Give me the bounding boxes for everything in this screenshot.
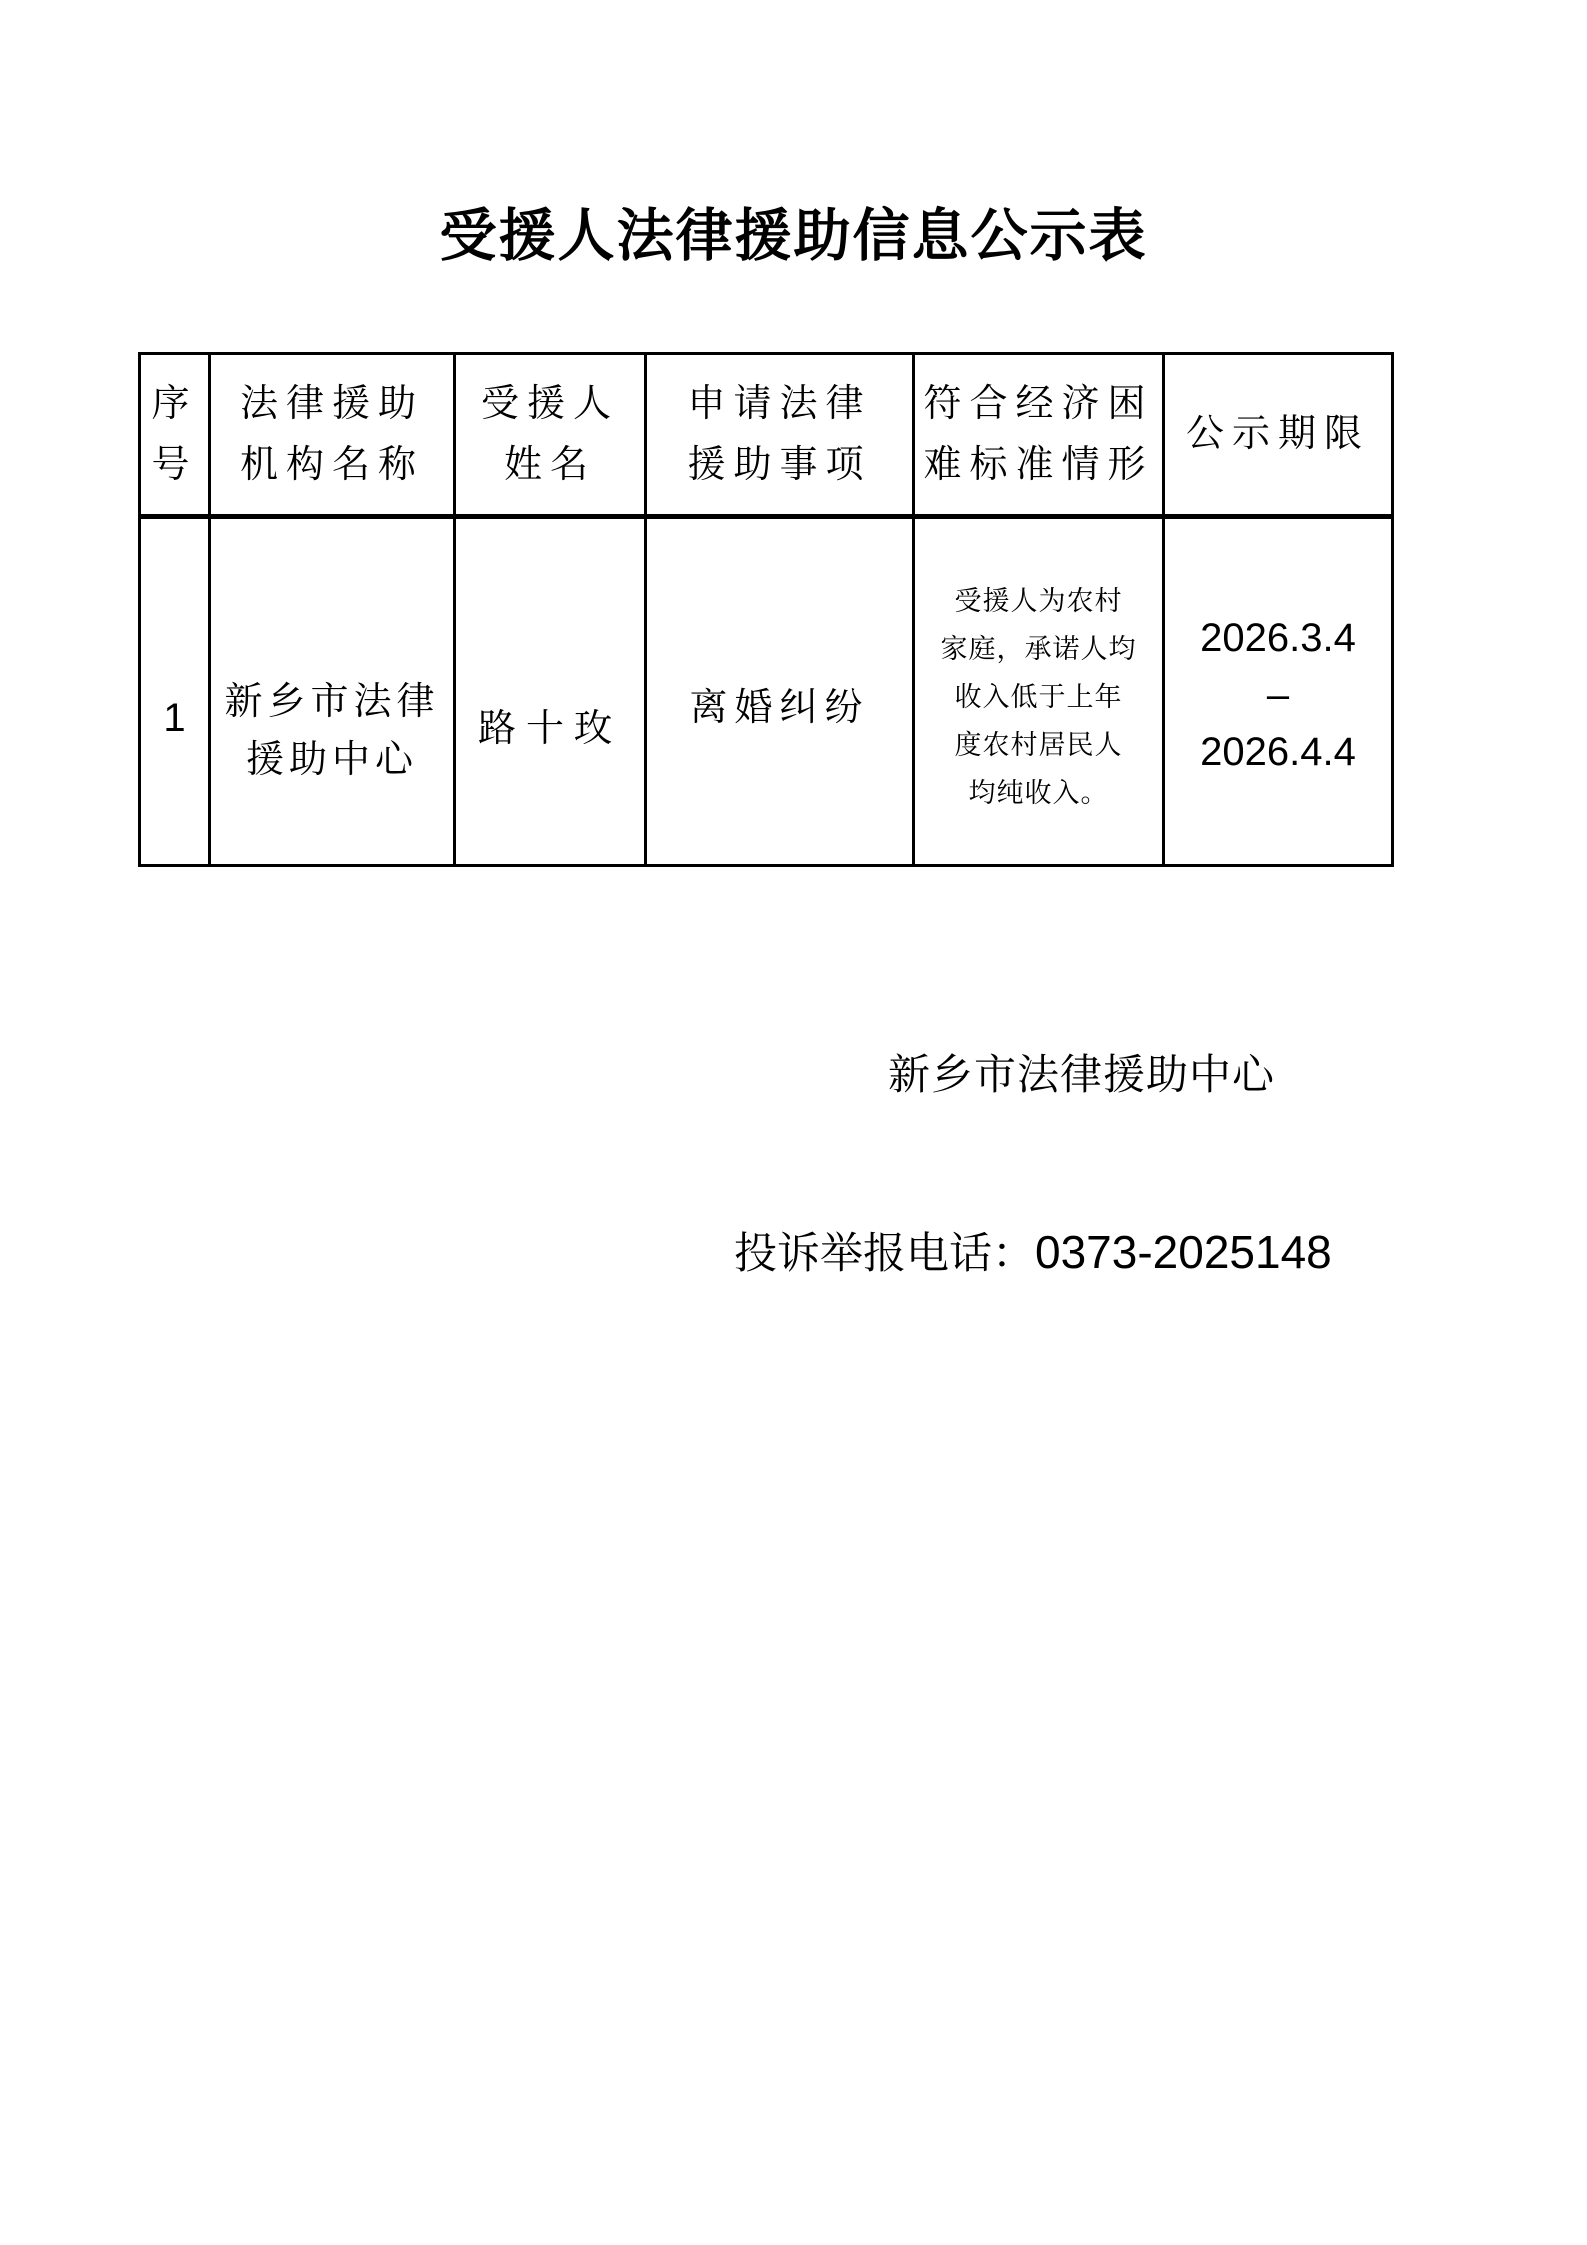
footer-phone-label: 投诉举报电话： <box>734 1231 1035 1278</box>
footer-institution-name: 新乡市法律援助中心 <box>888 1042 1275 1102</box>
cell-recipient: 路十玫 <box>455 517 646 866</box>
cell-period: 2026.3.4 – 2026.4.4 <box>1164 517 1393 866</box>
column-header-institution-label: 法律援助 机构名称 <box>240 374 424 496</box>
cell-hardship-value: 受援人为农村 家庭，承诺人均 收入低于上年 度农村居民人 均纯收入。 <box>941 577 1137 817</box>
cell-matter-value: 离婚纠纷 <box>689 676 869 731</box>
table-header-row: 序 号 法律援助 机构名称 受援人 姓名 申请法律 援助事项 符合经济困 难标准… <box>140 354 1393 517</box>
legal-aid-table: 序 号 法律援助 机构名称 受援人 姓名 申请法律 援助事项 符合经济困 难标准… <box>138 352 1394 867</box>
column-header-hardship: 符合经济困 难标准情形 <box>914 354 1164 517</box>
column-header-matter: 申请法律 援助事项 <box>646 354 914 517</box>
column-header-period-label: 公示期限 <box>1186 404 1370 465</box>
column-header-seq: 序 号 <box>140 354 210 517</box>
document-page: 受援人法律援助信息公示表 序 号 法律援助 机构名称 受援人 姓名 <box>0 0 1587 2245</box>
column-header-recipient: 受援人 姓名 <box>455 354 646 517</box>
cell-recipient-value: 路十玫 <box>478 697 622 752</box>
column-header-hardship-label: 符合经济困 难标准情形 <box>923 374 1153 496</box>
document-title: 受援人法律援助信息公示表 <box>0 190 1587 272</box>
cell-institution-value: 新乡市法律 援助中心 <box>224 673 439 789</box>
cell-institution: 新乡市法律 援助中心 <box>210 517 455 866</box>
column-header-institution: 法律援助 机构名称 <box>210 354 455 517</box>
column-header-period: 公示期限 <box>1164 354 1393 517</box>
column-header-recipient-label: 受援人 姓名 <box>481 374 619 496</box>
table-row: 1 新乡市法律 援助中心 路十玫 离婚纠纷 受援人为农村 家庭，承诺人均 收入低… <box>140 517 1393 866</box>
cell-seq-value: 1 <box>163 696 185 741</box>
cell-seq: 1 <box>140 517 210 866</box>
cell-period-value: 2026.3.4 – 2026.4.4 <box>1200 610 1356 781</box>
footer-phone-number: 0373-2025148 <box>1035 1226 1332 1278</box>
column-header-matter-label: 申请法律 援助事项 <box>687 374 871 496</box>
footer-phone-line: 投诉举报电话：0373-2025148 <box>734 1220 1332 1281</box>
column-header-seq-label: 序 号 <box>151 374 197 496</box>
cell-matter: 离婚纠纷 <box>646 517 914 866</box>
cell-hardship: 受援人为农村 家庭，承诺人均 收入低于上年 度农村居民人 均纯收入。 <box>914 517 1164 866</box>
